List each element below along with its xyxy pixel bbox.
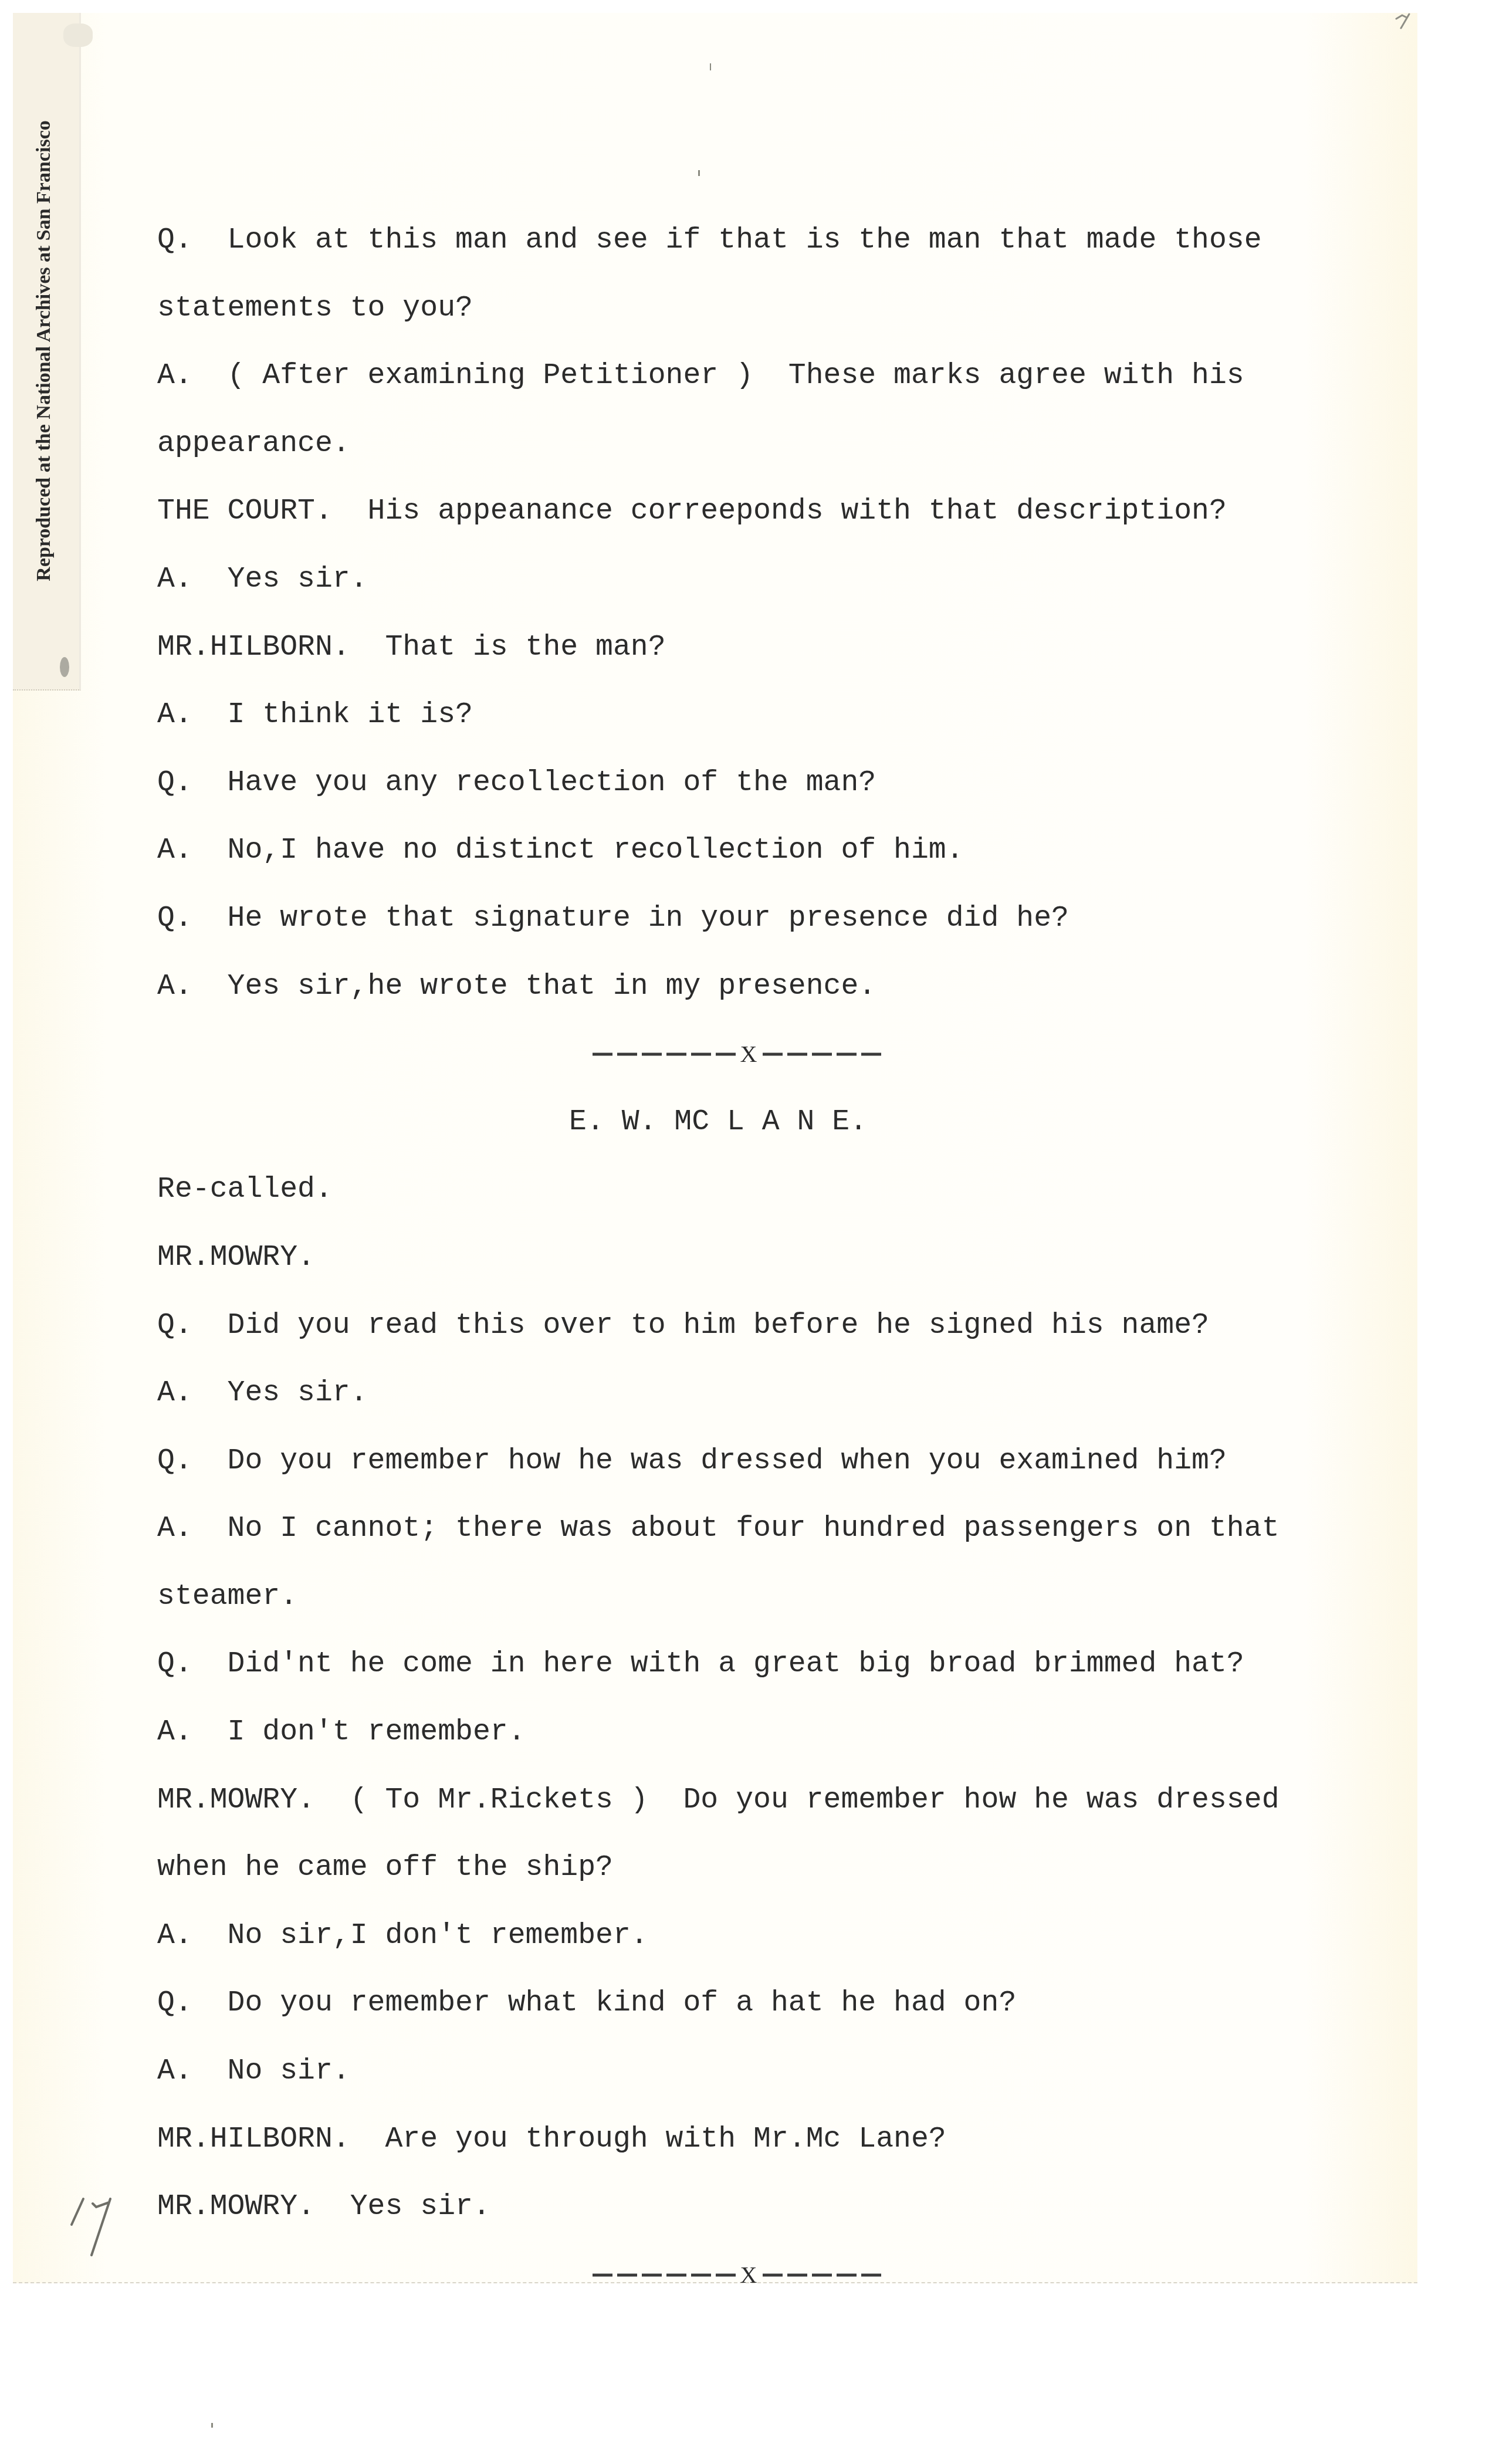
transcript-line: A. ( After examining Petitioner ) These …	[157, 342, 1340, 410]
witness-heading: E. W. MC L A N E.	[157, 1088, 1340, 1156]
transcript-line: A. No sir.	[157, 2037, 1340, 2106]
transcript-line: A. I don't remember.	[157, 1698, 1340, 1766]
transcript-body: Q. Look at this man and see if that is t…	[157, 207, 1340, 2309]
transcript-line: MR.HILBORN. Are you through with Mr.Mc L…	[157, 2106, 1340, 2174]
tape-smudge	[63, 23, 93, 47]
transcript-line: MR.MOWRY. ( To Mr.Rickets ) Do you remem…	[157, 1766, 1340, 1835]
transcript-line: A. Yes sir.	[157, 546, 1340, 614]
divider-x-mark: X	[740, 1020, 757, 1088]
transcript-line: A. Yes sir.	[157, 1359, 1340, 1427]
transcript-line: MR.MOWRY.	[157, 1224, 1340, 1292]
section-divider: X	[157, 1020, 1340, 1088]
transcript-line: THE COURT. His appeanance correeponds wi…	[157, 478, 1340, 546]
transcript-line: A. No sir,I don't remember.	[157, 1902, 1340, 1970]
transcript-line: statements to you?	[157, 275, 1340, 343]
transcript-line: Q. Do you remember how he was dressed wh…	[157, 1427, 1340, 1495]
transcript-line: Q. He wrote that signature in your prese…	[157, 885, 1340, 953]
speck	[698, 170, 700, 176]
transcript-line: when he came off the ship?	[157, 1834, 1340, 1902]
transcript-line: appearance.	[157, 410, 1340, 478]
transcript-line: MR.HILBORN. That is the man?	[157, 614, 1340, 682]
archive-stamp-text: Reproduced at the National Archives at S…	[33, 120, 55, 581]
speck	[710, 63, 711, 70]
staple-mark-icon	[60, 657, 69, 677]
transcript-line: Re-called.	[157, 1156, 1340, 1224]
transcript-line: Q. Did you read this over to him before …	[157, 1292, 1340, 1360]
transcript-line: MR.MOWRY. Yes sir.	[157, 2173, 1340, 2241]
transcript-line: Q. Do you remember what kind of a hat he…	[157, 1969, 1340, 2037]
pencil-corner-mark-icon	[1394, 13, 1417, 42]
handwritten-page-number: 17	[59, 2194, 135, 2259]
transcript-line: Q. Look at this man and see if that is t…	[157, 207, 1340, 275]
transcript-line: Q. Have you any recollection of the man?	[157, 749, 1340, 817]
transcript-line: A. I think it is?	[157, 681, 1340, 749]
transcript-line: A. No I cannot; there was about four hun…	[157, 1495, 1340, 1563]
divider-x-mark: X	[740, 2241, 757, 2309]
speck	[211, 2423, 213, 2428]
transcript-line: Q. Did'nt he come in here with a great b…	[157, 1630, 1340, 1698]
section-divider: X	[157, 2241, 1340, 2309]
transcript-line: A. No,I have no distinct recollection of…	[157, 817, 1340, 885]
transcript-line: A. Yes sir,he wrote that in my presence.	[157, 953, 1340, 1021]
transcript-line: steamer.	[157, 1563, 1340, 1631]
